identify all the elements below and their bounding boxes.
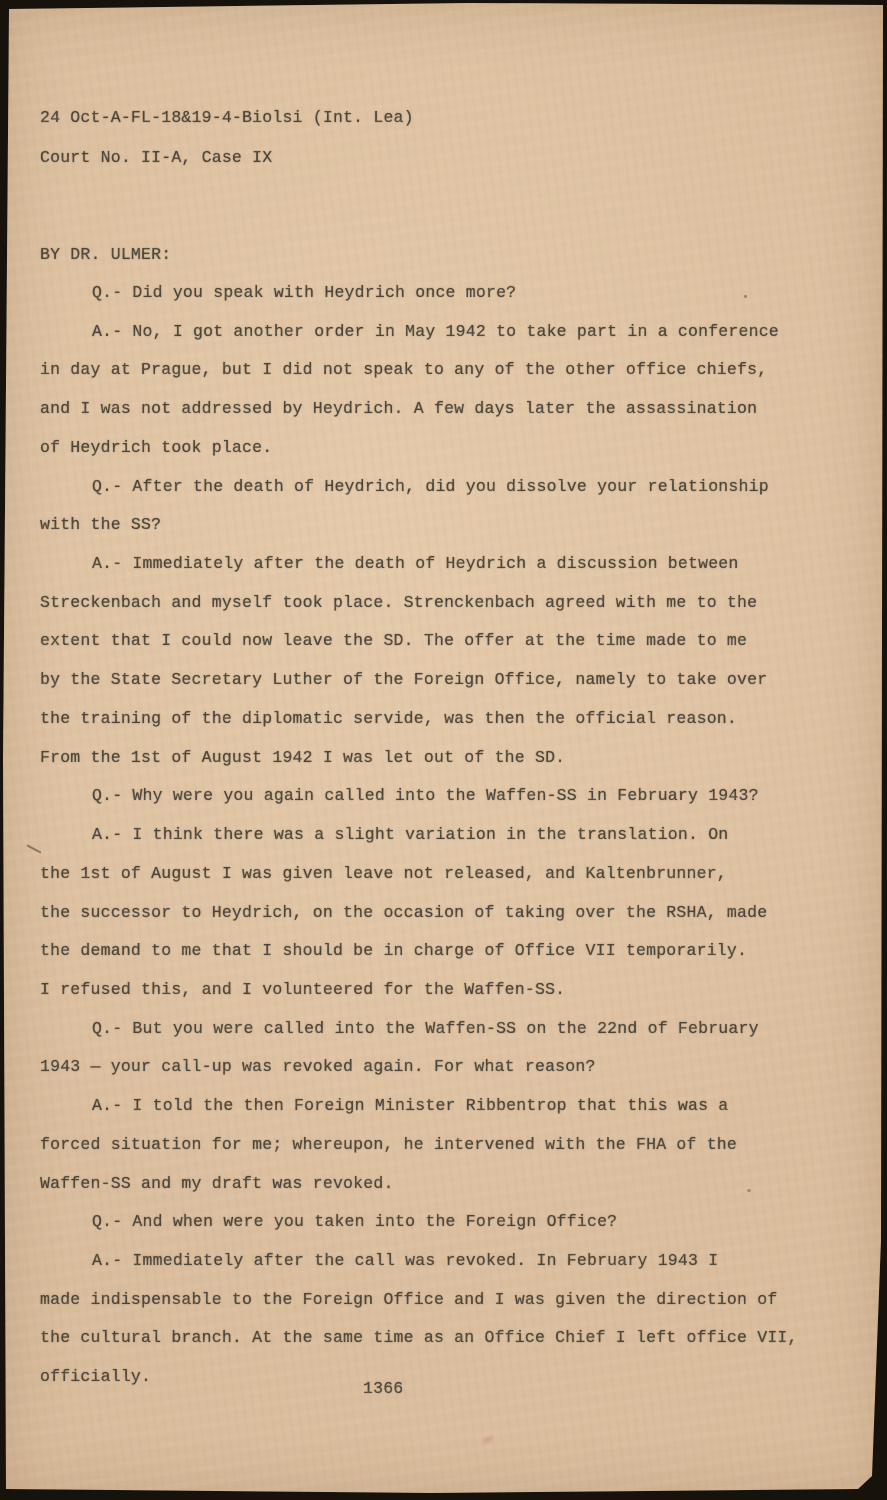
transcript-line: and I was not addressed by Heydrich. A f… bbox=[40, 399, 830, 438]
transcript-line: Q.- Why were you again called into the W… bbox=[40, 786, 830, 825]
transcript-line: Q.- And when were you taken into the For… bbox=[40, 1212, 830, 1251]
transcript-line: forced situation for me; whereupon, he i… bbox=[40, 1135, 830, 1174]
transcript-line: A.- I told the then Foreign Minister Rib… bbox=[40, 1096, 830, 1135]
transcript-body: Q.- Did you speak with Heydrich once mor… bbox=[40, 283, 830, 1406]
transcript-line: 1943 — your call-up was revoked again. F… bbox=[40, 1057, 830, 1096]
transcript-line: I refused this, and I volunteered for th… bbox=[40, 980, 830, 1019]
transcript-line: the cultural branch. At the same time as… bbox=[40, 1328, 830, 1367]
scan-artifact-smudge bbox=[479, 1432, 497, 1448]
transcript-line: A.- I think there was a slight variation… bbox=[40, 825, 830, 864]
transcript-line: the successor to Heydrich, on the occasi… bbox=[40, 903, 830, 942]
transcript-line: Streckenbach and myself took place. Stre… bbox=[40, 593, 830, 632]
transcript-line: the training of the diplomatic servide, … bbox=[40, 709, 830, 748]
transcript-line: made indispensable to the Foreign Office… bbox=[40, 1290, 830, 1329]
transcript-header-line-2: Court No. II-A, Case IX bbox=[40, 148, 272, 167]
scan-artifact-speck bbox=[744, 295, 747, 298]
transcript-line: A.- No, I got another order in May 1942 … bbox=[40, 322, 830, 361]
transcript-line: the demand to me that I should be in cha… bbox=[40, 941, 830, 980]
transcript-line: the 1st of August I was given leave not … bbox=[40, 864, 830, 903]
transcript-line: by the State Secretary Luther of the For… bbox=[40, 670, 830, 709]
transcript-line: Q.- But you were called into the Waffen-… bbox=[40, 1019, 830, 1058]
examiner-byline: BY DR. ULMER: bbox=[40, 245, 171, 264]
page-number: 1366 bbox=[363, 1379, 403, 1398]
transcript-line: Waffen-SS and my draft was revoked. bbox=[40, 1174, 830, 1213]
transcript-line: officially. bbox=[40, 1367, 830, 1406]
transcript-line: Q.- Did you speak with Heydrich once mor… bbox=[40, 283, 830, 322]
transcript-line: Q.- After the death of Heydrich, did you… bbox=[40, 477, 830, 516]
transcript-line: A.- Immediately after the call was revok… bbox=[40, 1251, 830, 1290]
transcript-header-line-1: 24 Oct-A-FL-18&19-4-Biolsi (Int. Lea) bbox=[40, 108, 414, 127]
transcript-line: extent that I could now leave the SD. Th… bbox=[40, 631, 830, 670]
document-page: 24 Oct-A-FL-18&19-4-Biolsi (Int. Lea) Co… bbox=[0, 0, 887, 1500]
transcript-line: with the SS? bbox=[40, 515, 830, 554]
transcript-line: A.- Immediately after the death of Heydr… bbox=[40, 554, 830, 593]
scan-background: 24 Oct-A-FL-18&19-4-Biolsi (Int. Lea) Co… bbox=[0, 0, 887, 1500]
transcript-line: of Heydrich took place. bbox=[40, 438, 830, 477]
transcript-line: in day at Prague, but I did not speak to… bbox=[40, 360, 830, 399]
scan-artifact-speck bbox=[747, 1189, 751, 1192]
transcript-line: From the 1st of August 1942 I was let ou… bbox=[40, 748, 830, 787]
